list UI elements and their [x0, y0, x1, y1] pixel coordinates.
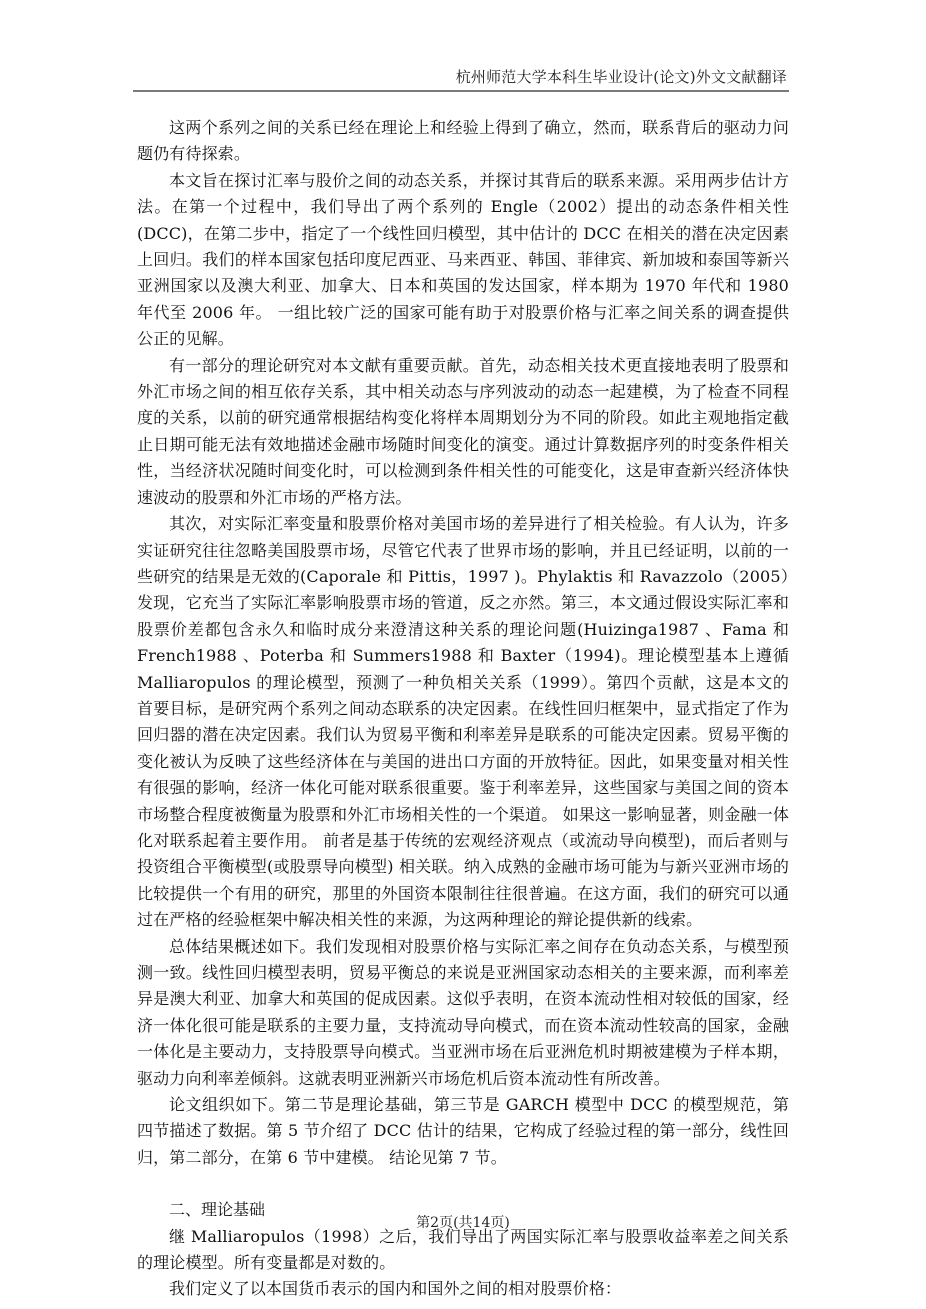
page-header: 杭州师范大学本科生毕业设计(论文)外文文献翻译 [133, 64, 789, 92]
spacer [137, 1171, 789, 1197]
page-footer: 第2页(共14页) [0, 1212, 926, 1232]
paragraph: 论文组织如下。第二节是理论基础，第三节是 GARCH 模型中 DCC 的模型规范… [137, 1092, 789, 1171]
paragraph: 我们定义了以本国货币表示的国内和国外之间的相对股票价格： [137, 1276, 789, 1302]
header-title: 杭州师范大学本科生毕业设计(论文)外文文献翻译 [456, 66, 787, 87]
paragraph: 总体结果概述如下。我们发现相对股票价格与实际汇率之间存在负动态关系，与模型预测一… [137, 934, 789, 1092]
paragraph: 有一部分的理论研究对本文献有重要贡献。首先，动态相关技术更直接地表明了股票和外汇… [137, 353, 789, 511]
paragraph: 其次，对实际汇率变量和股票价格对美国市场的差异进行了相关检验。有人认为，许多实证… [137, 511, 789, 934]
paragraph: 这两个系列之间的关系已经在理论上和经验上得到了确立，然而，联系背后的驱动力问题仍… [137, 115, 789, 168]
document-body: 这两个系列之间的关系已经在理论上和经验上得到了确立，然而，联系背后的驱动力问题仍… [137, 115, 789, 1303]
page-number: 第2页(共14页) [416, 1215, 510, 1231]
paragraph: 本文旨在探讨汇率与股价之间的动态关系，并探讨其背后的联系来源。采用两步估计方法。… [137, 168, 789, 353]
